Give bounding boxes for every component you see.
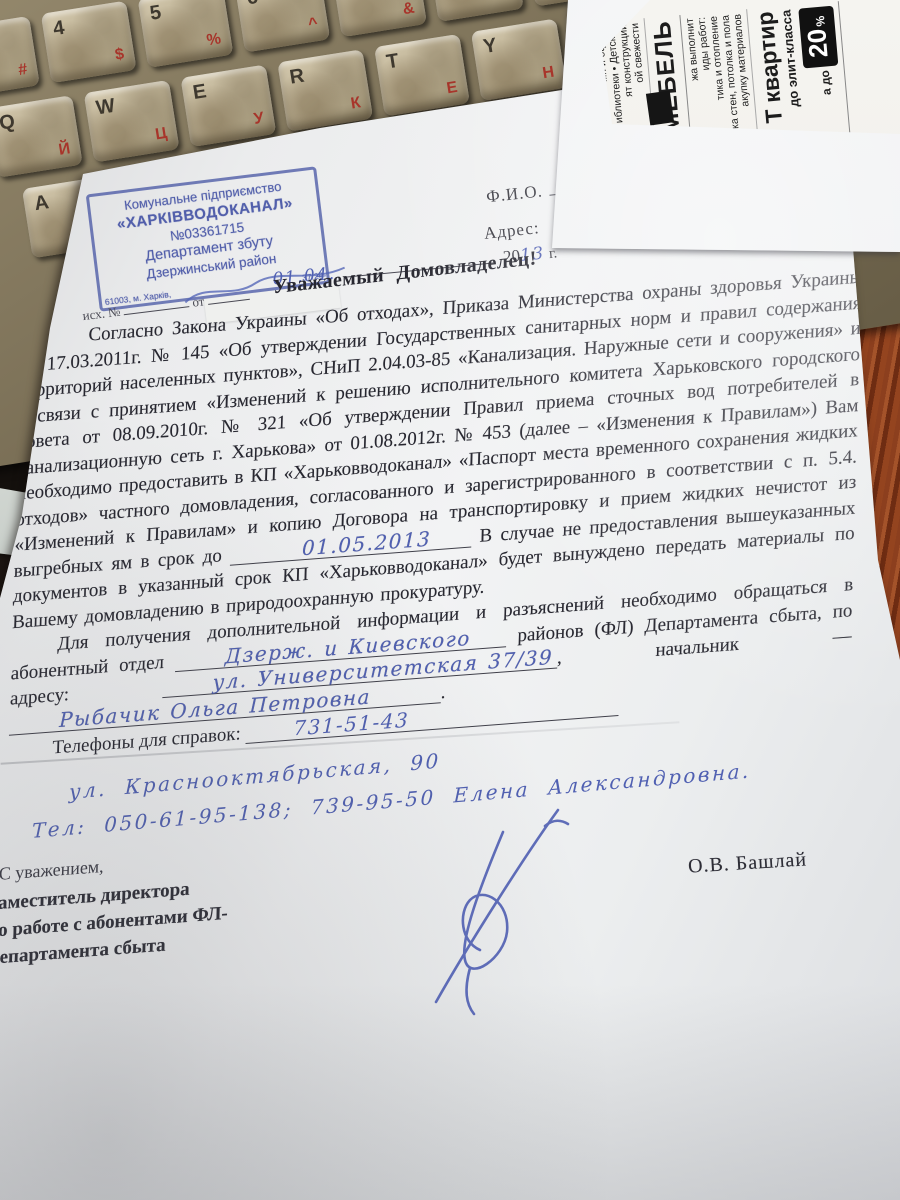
newspaper-black-block (646, 90, 674, 125)
envelope (0, 0, 900, 1200)
envelope-shadow (0, 0, 900, 1200)
desk-photo: 46 3#4$5%6^7&8*9(0)QЙWЦEУRКTЕYНUГIШOЩAФS… (0, 0, 900, 1200)
